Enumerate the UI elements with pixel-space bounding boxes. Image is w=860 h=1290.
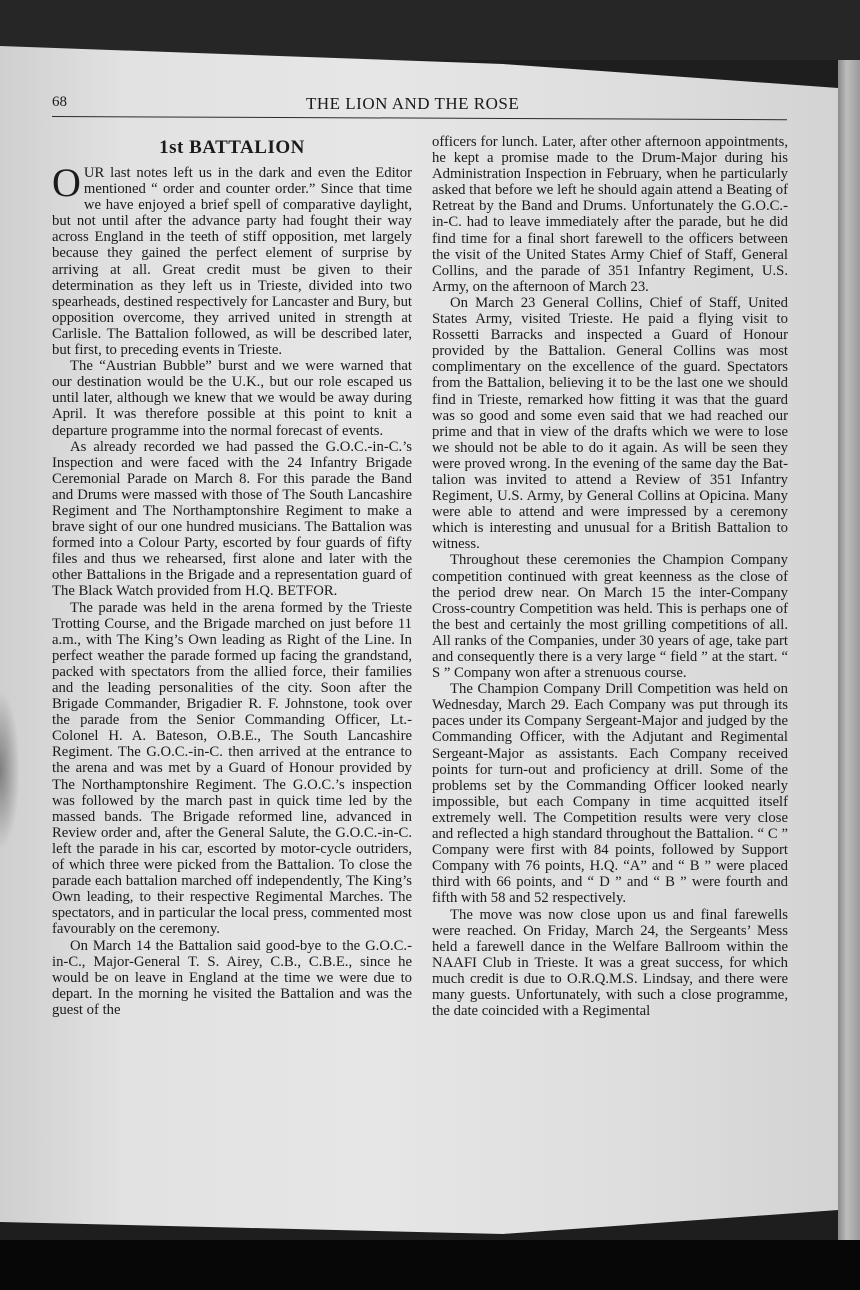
page-edge-stack — [838, 60, 860, 1240]
paragraph-8: The Champion Company Drill Competition w… — [432, 681, 788, 906]
paragraph-2: The “Austrian Bubble” burst and we were … — [52, 358, 412, 438]
background-bottom — [0, 1240, 860, 1290]
paragraph-5-start: On March 14 the Battalion said good-bye … — [52, 938, 412, 1018]
page-number: 68 — [52, 94, 67, 111]
column-left: 1st BATTALION O UR last notes left us in… — [52, 137, 412, 1018]
column-right: officers for lunch. Later, after other a… — [432, 134, 788, 1019]
drop-cap: O — [52, 167, 81, 198]
paragraph-4: The parade was held in the arena formed … — [52, 600, 412, 938]
paragraph-1: O UR last notes left us in the dark and … — [52, 165, 412, 358]
journal-title: THE LION AND THE ROSE — [306, 94, 519, 114]
paragraph-3: As already recorded we had passed the G.… — [52, 439, 412, 600]
running-head: 68 THE LION AND THE ROSE — [52, 94, 787, 116]
paragraph-text: UR last notes left us in the dark and ev… — [52, 165, 412, 358]
thumb-shadow — [0, 690, 20, 850]
paragraph-9: The move was now close upon us and final… — [432, 907, 788, 1020]
paragraph-5-continued: officers for lunch. Later, after other a… — [432, 134, 788, 295]
paragraph-7: Throughout these ceremonies the Champion… — [432, 552, 788, 681]
section-title: 1st BATTALION — [52, 137, 412, 159]
paragraph-6: On March 23 General Collins, Chief of St… — [432, 295, 788, 553]
